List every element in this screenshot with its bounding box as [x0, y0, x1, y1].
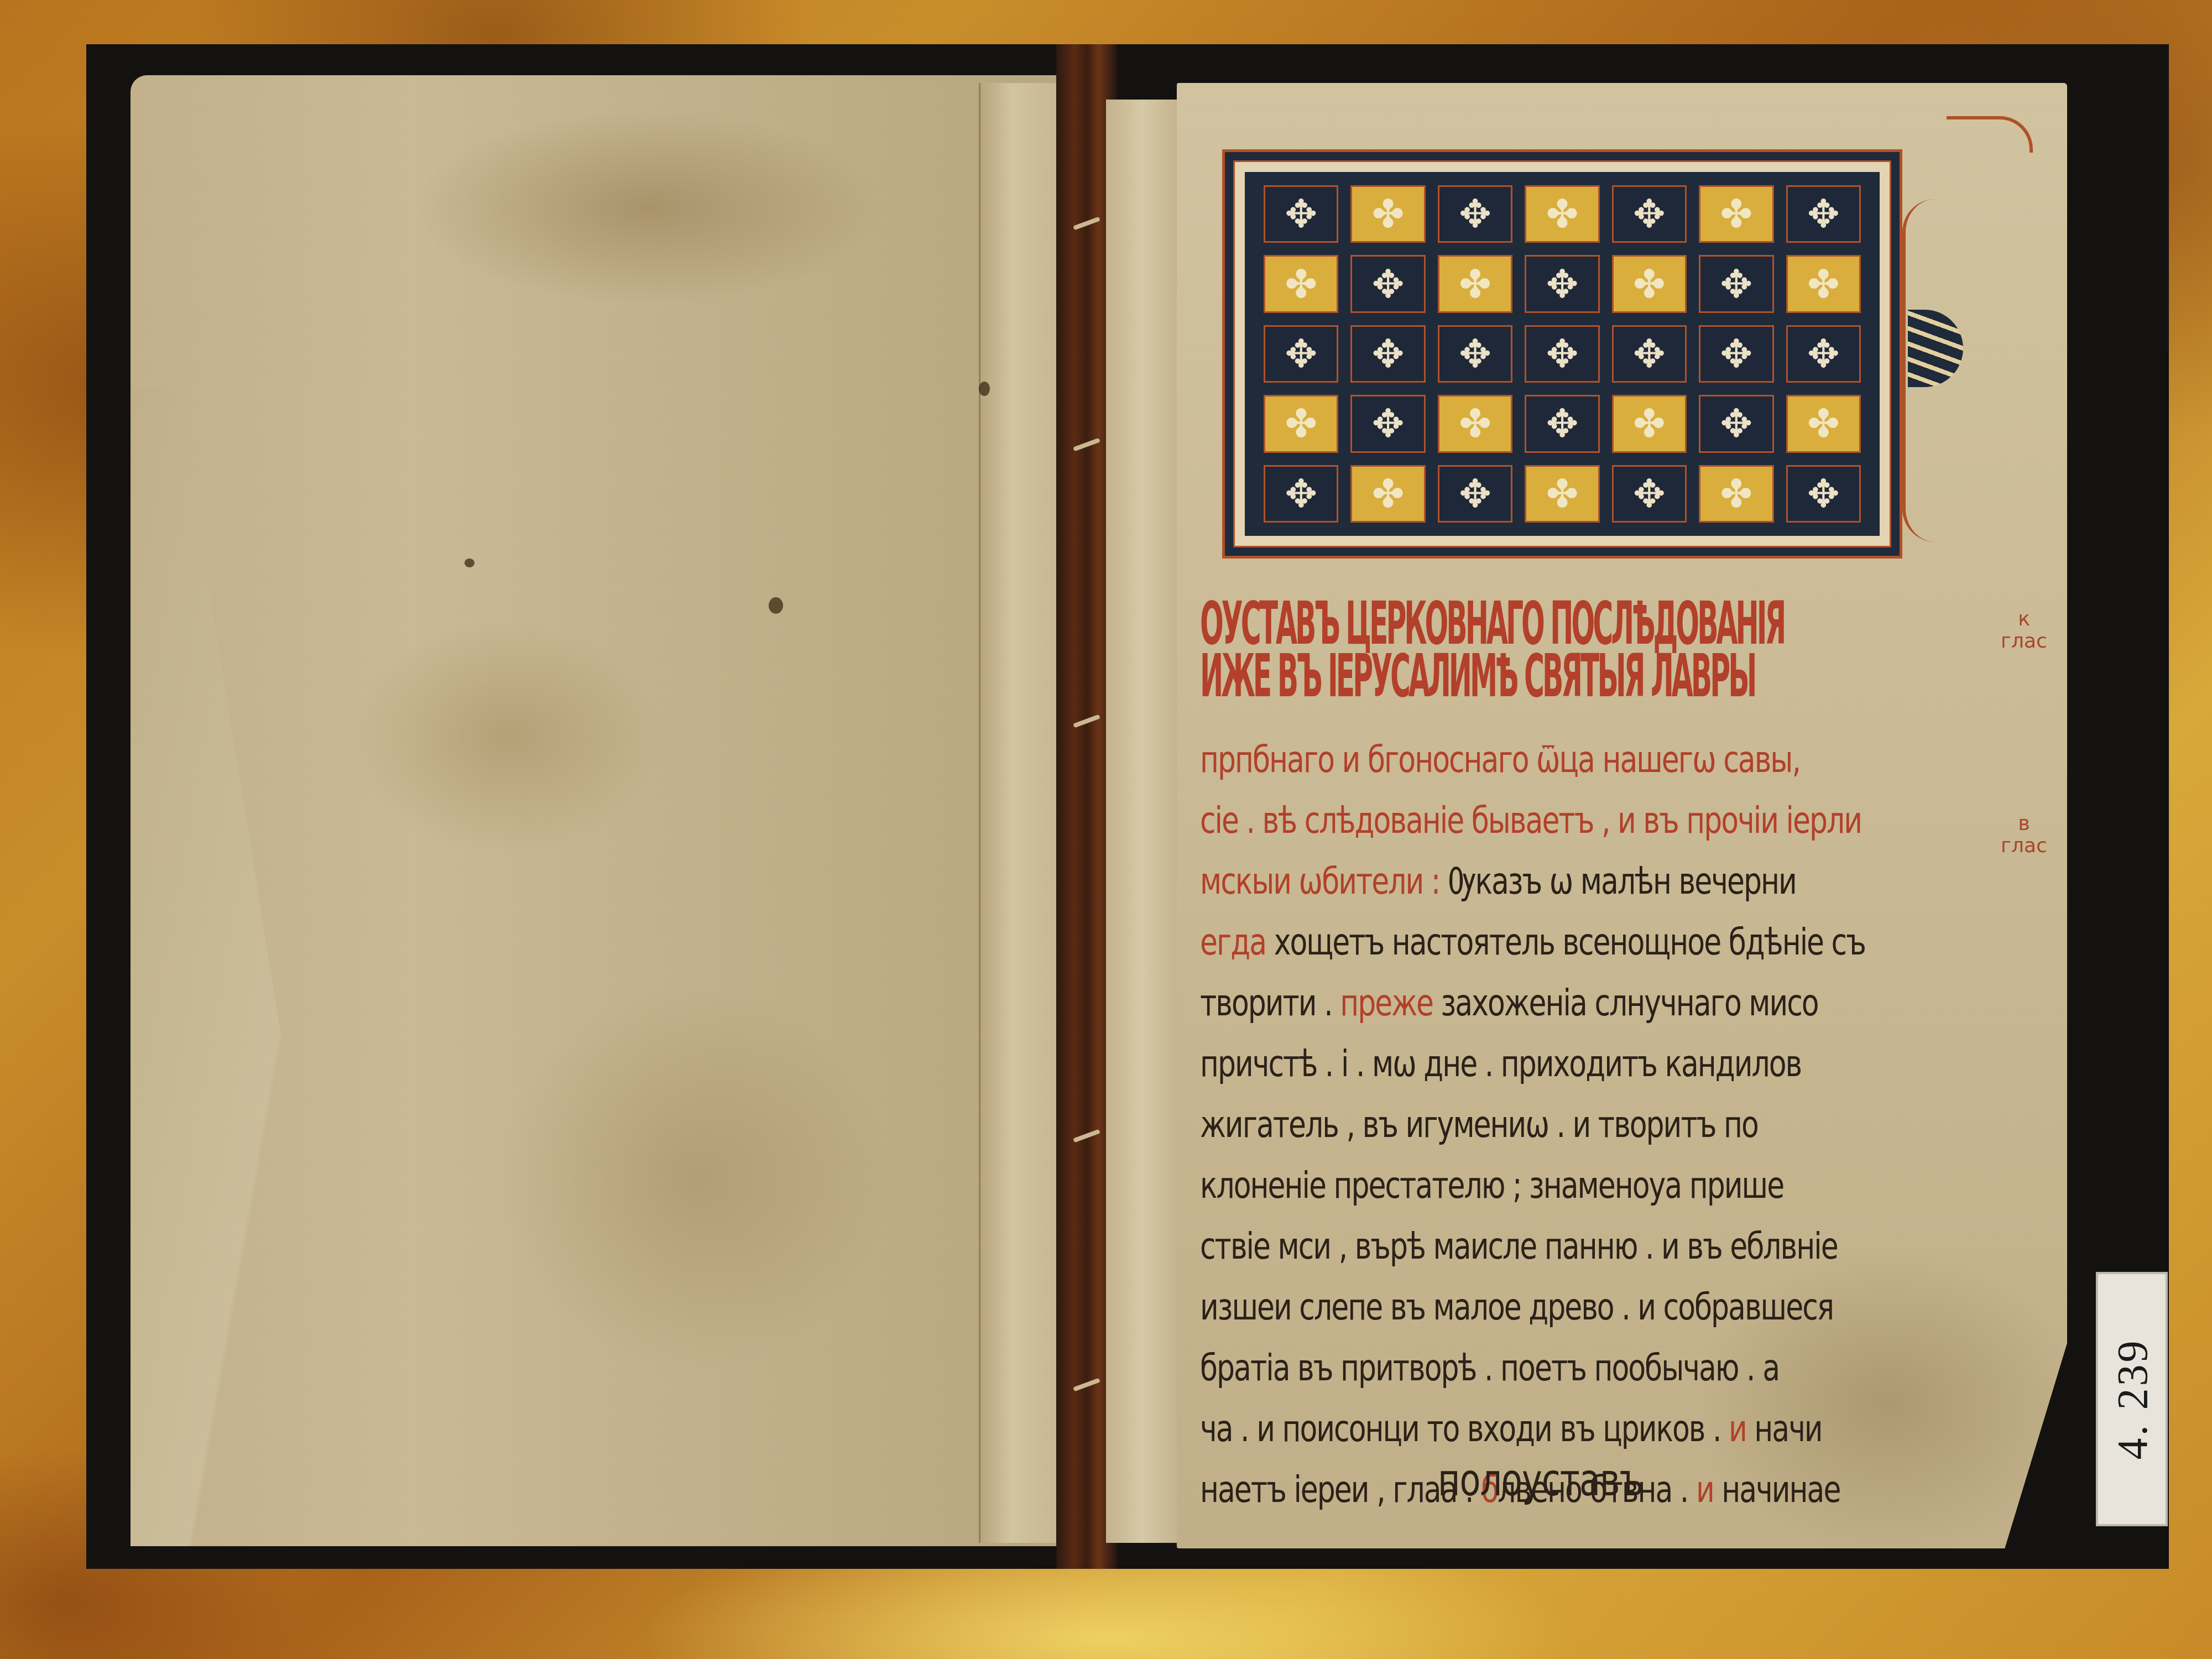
headpiece-cell: ✥: [1350, 395, 1425, 452]
ink-stain: [769, 597, 783, 614]
right-page-gutter: [1106, 100, 1180, 1543]
headpiece-cell: ✤: [1350, 465, 1425, 523]
rubric-text: и: [1729, 1409, 1746, 1451]
ink-stain: [979, 382, 990, 396]
text-segment: причстѣ . і . мѡ дне . приходитъ кандило…: [1200, 1044, 1801, 1086]
text-segment: ча . и поисонци то входи въ цриков .: [1200, 1409, 1729, 1451]
text-segment: хощетъ настоятель всенощное бдѣніе съ: [1274, 922, 1865, 964]
headpiece-cell: ✤: [1264, 395, 1338, 452]
headpiece-cell: ✥: [1612, 465, 1687, 523]
headpiece-cell: ✤: [1699, 465, 1773, 523]
headpiece-cell: ✤: [1612, 255, 1687, 312]
ink-stain: [465, 559, 474, 567]
catalog-number: 4. 239: [2107, 1339, 2157, 1460]
headpiece-cell: ✥: [1438, 325, 1512, 383]
text-segment: захоженіа слнучнаго мисо: [1441, 983, 1818, 1025]
headpiece-cell: ✤: [1525, 465, 1599, 523]
text-segment: творити .: [1200, 983, 1340, 1025]
left-page-edge-strip: [979, 83, 1058, 1543]
rubric-text: егда: [1200, 922, 1274, 964]
headpiece-cell: ✥: [1350, 255, 1425, 312]
title-line: ИЖЕ ВЪ ІЕРУСАЛИМѢ СВЯТЫЯ ЛАВРЫ: [1200, 650, 1941, 702]
headpiece-cell: ✥: [1438, 185, 1512, 243]
headpiece-cell: ✥: [1525, 395, 1599, 452]
headpiece-cell: ✥: [1786, 465, 1861, 523]
rubric-text: преже: [1340, 983, 1441, 1025]
text-segment: изшеи слепе въ малое древо . и собравшес…: [1200, 1287, 1833, 1329]
rubric-text: и: [1696, 1470, 1714, 1511]
headpiece-cell: ✥: [1612, 185, 1687, 243]
headpiece-cell: ✥: [1786, 185, 1861, 243]
headpiece-cell: ✥: [1264, 325, 1338, 383]
headpiece-cell: ✤: [1438, 395, 1512, 452]
headpiece-cell: ✥: [1786, 325, 1861, 383]
text-segment: начи: [1746, 1409, 1822, 1451]
rubric-text: прпбнаго и бгоноснаго ѿца нашегѡ савы,: [1200, 740, 1800, 781]
headpiece-cell: ✤: [1350, 185, 1425, 243]
headpiece-cell: ✤: [1612, 395, 1687, 452]
manuscript-body-text: прпбнаго и бгоноснаго ѿца нашегѡ савы,сі…: [1200, 730, 1958, 1521]
rubric-text: мскыи ѡбители :: [1200, 862, 1448, 903]
headpiece-cell: ✤: [1786, 395, 1861, 452]
headpiece-cell: ✥: [1525, 255, 1599, 312]
margin-note-tone: к глас: [1991, 608, 2057, 653]
headpiece-cell: ✥: [1525, 325, 1599, 383]
headpiece-cell: ✤: [1699, 185, 1773, 243]
headpiece-cell: ✥: [1264, 465, 1338, 523]
headpiece-cell: ✤: [1438, 255, 1512, 312]
text-segment: ствіе мси , върѣ маисле панню . и въ ебл…: [1200, 1227, 1838, 1268]
text-segment: Ѹказъ ѡ малѣн вечерни: [1448, 862, 1796, 903]
text-segment: братіа въ притворѣ . поетъ пообычаю . а: [1200, 1348, 1779, 1390]
headpiece-cell: ✥: [1699, 325, 1773, 383]
interlace-headpiece-ornament: ✥ ✤ ✥ ✤ ✥ ✤ ✥ ✤ ✥ ✤ ✥ ✤ ✥ ✤ ✥ ✥ ✥ ✥ ✥ ✥ …: [1222, 149, 1902, 559]
text-segment: жигатель , въ игумениѡ . и творитъ по: [1200, 1105, 1758, 1146]
headpiece-cell: ✥: [1699, 395, 1773, 452]
headpiece-cell: ✥: [1612, 325, 1687, 383]
headpiece-cell: ✥: [1264, 185, 1338, 243]
headpiece-cell: ✥: [1438, 465, 1512, 523]
margin-note-tone: в глас: [1991, 813, 2057, 857]
headpiece-cell: ✤: [1786, 255, 1861, 312]
text-segment: клоненіе престателю ; знаменоуа прише: [1200, 1166, 1783, 1207]
rubric-text: сіе . вѣ слѣдованіе бываетъ , и въ прочі…: [1200, 801, 1861, 842]
headpiece-cell: ✤: [1525, 185, 1599, 243]
headpiece-cell: ✥: [1699, 255, 1773, 312]
text-segment: начинае: [1714, 1470, 1840, 1511]
script-type-caption: полоуставъ: [1438, 1454, 1643, 1506]
catalog-label: 4. 239: [2096, 1272, 2168, 1526]
headpiece-cell: ✥: [1350, 325, 1425, 383]
headpiece-cell: ✤: [1264, 255, 1338, 312]
